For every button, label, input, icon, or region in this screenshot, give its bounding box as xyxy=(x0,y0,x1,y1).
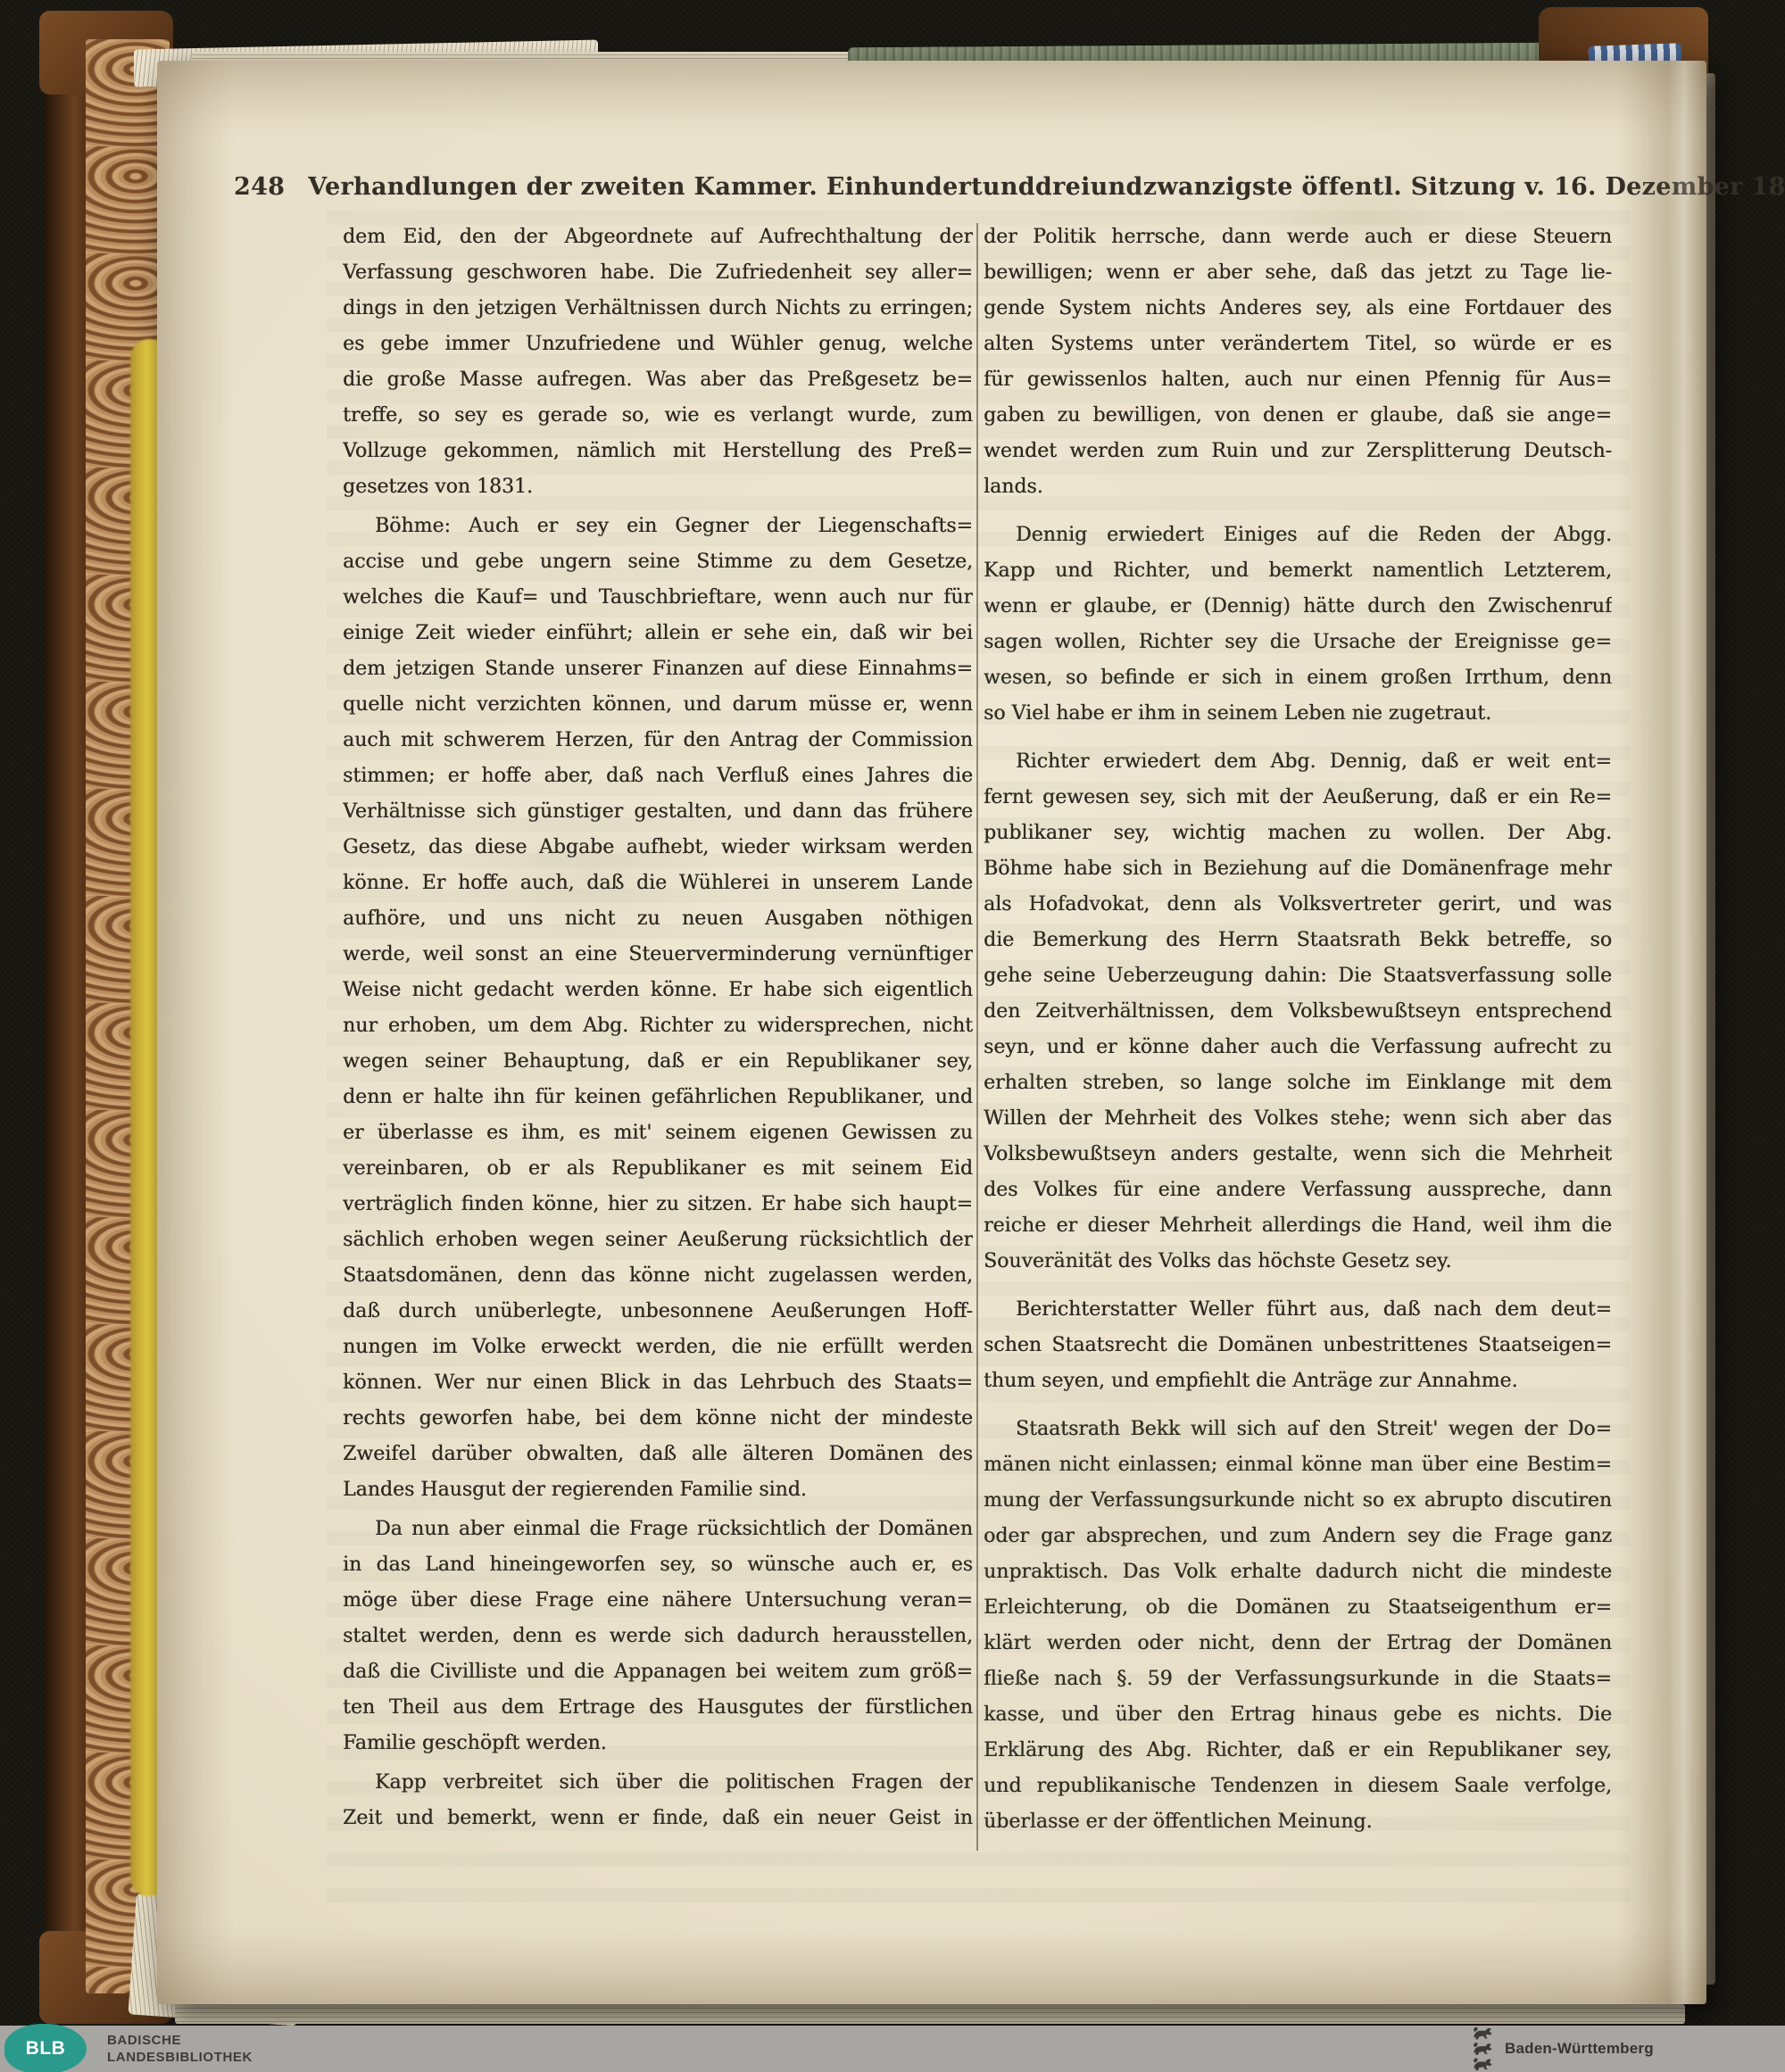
text-line: vereinbaren, ob er als Republikaner es m… xyxy=(343,1151,973,1187)
text-line: quelle nicht verzichten können, und daru… xyxy=(343,687,973,723)
book-page: 248 Verhandlungen der zweiten Kammer. Ei… xyxy=(157,61,1706,2004)
text-line: dings in den jetzigen Verhältnissen durc… xyxy=(343,291,973,327)
text-line: und republikanische Tendenzen in diesem … xyxy=(984,1769,1612,1804)
paragraph-gap xyxy=(984,1280,1612,1292)
text-line: aufhöre, und uns nicht zu neuen Ausgaben… xyxy=(343,901,973,937)
text-line: schen Staatsrecht die Domänen unbestritt… xyxy=(984,1328,1612,1363)
text-line: verträglich finden könne, hier zu sitzen… xyxy=(343,1187,973,1222)
text-line: gaben zu bewilligen, von denen er glaube… xyxy=(984,398,1612,434)
text-line: mänen nicht einlassen; einmal könne man … xyxy=(984,1447,1612,1483)
text-line: die große Masse aufregen. Was aber das P… xyxy=(343,362,973,398)
text-line: einige Zeit wieder einführt; allein er s… xyxy=(343,616,973,651)
page-number: 248 xyxy=(234,173,285,201)
text-line: es gebe immer Unzufriedene und Wühler ge… xyxy=(343,327,973,362)
text-line: den Zeitverhältnissen, dem Volksbewußtse… xyxy=(984,994,1612,1030)
blb-logo-text: BLB xyxy=(26,2038,66,2060)
state-branding: Baden-Württemberg xyxy=(1471,2026,1654,2072)
text-line: dem jetzigen Stande unserer Finanzen auf… xyxy=(343,651,973,687)
page-header: 248 Verhandlungen der zweiten Kammer. Ei… xyxy=(234,173,1785,201)
text-line: könne. Er hoffe auch, daß die Wühlerei i… xyxy=(343,866,973,901)
text-line: sagen wollen, Richter sey die Ursache de… xyxy=(984,625,1612,660)
text-line: kasse, und über den Ertrag hinaus gebe e… xyxy=(984,1697,1612,1733)
text-line: so Viel habe er ihm in seinem Leben nie … xyxy=(984,696,1612,732)
text-line: Böhme: Auch er sey ein Gegner der Liegen… xyxy=(343,509,973,544)
text-line: der Politik herrsche, dann werde auch er… xyxy=(984,220,1612,255)
text-line: daß die Civilliste und die Appanagen bei… xyxy=(343,1654,973,1690)
text-line: alten Systems unter verändertem Titel, s… xyxy=(984,327,1612,362)
text-line: stimmen; er hoffe aber, daß nach Verfluß… xyxy=(343,758,973,794)
text-line: für gewissenlos halten, auch nur einen P… xyxy=(984,362,1612,398)
text-line: wenn er glaube, er (Dennig) hätte durch … xyxy=(984,589,1612,625)
text-line: Volksbewußtseyn anders gestalte, wenn si… xyxy=(984,1137,1612,1173)
paragraph-gap xyxy=(984,505,1612,518)
text-line: Landes Hausgut der regierenden Familie s… xyxy=(343,1472,973,1508)
text-line: sächlich erhoben wegen seiner Aeußerung … xyxy=(343,1222,973,1258)
text-line: oder gar absprechen, und zum Andern sey … xyxy=(984,1519,1612,1554)
text-line: nungen im Volke erweckt werden, die nie … xyxy=(343,1330,973,1365)
scan-stage: 248 Verhandlungen der zweiten Kammer. Ei… xyxy=(0,0,1785,2072)
text-column-left: dem Eid, den der Abgeordnete auf Aufrech… xyxy=(343,220,973,1836)
library-name-line2: LANDESBIBLIOTHEK xyxy=(107,2049,253,2066)
page-curl-shadow xyxy=(1621,61,1706,2004)
text-line: Richter erwiedert dem Abg. Dennig, daß e… xyxy=(984,744,1612,780)
text-line: Willen der Mehrheit des Volkes stehe; we… xyxy=(984,1101,1612,1137)
text-line: Gesetz, das diese Abgabe aufhebt, wieder… xyxy=(343,830,973,866)
text-line: seyn, und er könne daher auch die Verfas… xyxy=(984,1030,1612,1065)
text-line: denn er halte ihn für keinen gefährliche… xyxy=(343,1080,973,1115)
library-name-line1: BADISCHE xyxy=(107,2032,253,2049)
text-line: des Volkes für eine andere Verfassung au… xyxy=(984,1173,1612,1208)
text-line: klärt werden oder nicht, denn der Ertrag… xyxy=(984,1626,1612,1662)
text-line: Zweifel darüber obwalten, daß alle älter… xyxy=(343,1437,973,1472)
text-line: lands. xyxy=(984,469,1612,505)
text-line: fließe nach §. 59 der Verfassungsurkunde… xyxy=(984,1662,1612,1697)
text-line: Dennig erwiedert Einiges auf die Reden d… xyxy=(984,518,1612,553)
text-line: wesen, so befinde er sich in einem große… xyxy=(984,660,1612,696)
text-line: reiche er dieser Mehrheit allerdings die… xyxy=(984,1208,1612,1244)
blb-logo: BLB xyxy=(4,2024,87,2072)
column-divider-rule xyxy=(976,223,978,1851)
text-line: nur erhoben, um dem Abg. Richter zu wide… xyxy=(343,1008,973,1044)
text-line: in das Land hineingeworfen sey, so wünsc… xyxy=(343,1547,973,1583)
text-line: gesetzes von 1831. xyxy=(343,469,973,505)
text-line: er überlasse es ihm, es mit' seinem eige… xyxy=(343,1115,973,1151)
text-line: accise und gebe ungern seine Stimme zu d… xyxy=(343,544,973,580)
text-line: Familie geschöpft werden. xyxy=(343,1726,973,1761)
text-line: ten Theil aus dem Ertrage des Hausgutes … xyxy=(343,1690,973,1726)
text-line: erhalten streben, so lange solche im Ein… xyxy=(984,1065,1612,1101)
library-footer-bar: BLB BADISCHE LANDESBIBLIOTHEK Baden-Würt… xyxy=(0,2026,1785,2072)
text-line: gende System nichts Anderes sey, als ein… xyxy=(984,291,1612,327)
text-line: thum seyen, und empfiehlt die Anträge zu… xyxy=(984,1363,1612,1399)
text-line: Weise nicht gedacht werden könne. Er hab… xyxy=(343,973,973,1008)
text-line: Erklärung des Abg. Richter, daß er ein R… xyxy=(984,1733,1612,1769)
text-line: Erleichterung, ob die Domänen zu Staatse… xyxy=(984,1590,1612,1626)
text-line: Kapp verbreitet sich über die politische… xyxy=(343,1765,973,1801)
text-line: welches die Kauf= und Tauschbrieftare, w… xyxy=(343,580,973,616)
text-line: Staatsdomänen, denn das könne nicht zuge… xyxy=(343,1258,973,1294)
text-line: Zeit und bemerkt, wenn er finde, daß ein… xyxy=(343,1801,973,1836)
text-line: Kapp und Richter, und bemerkt namentlich… xyxy=(984,553,1612,589)
text-line: daß durch unüberlegte, unbesonnene Aeuße… xyxy=(343,1294,973,1330)
text-line: rechts geworfen habe, bei dem könne nich… xyxy=(343,1401,973,1437)
paragraph-gap xyxy=(984,1399,1612,1412)
text-line: publikaner sey, wichtig machen zu wollen… xyxy=(984,816,1612,851)
text-line: staltet werden, denn es werde sich dadur… xyxy=(343,1619,973,1654)
text-line: Berichterstatter Weller führt aus, daß n… xyxy=(984,1292,1612,1328)
text-line: werde, weil sonst an eine Steuerverminde… xyxy=(343,937,973,973)
text-column-right: der Politik herrsche, dann werde auch er… xyxy=(984,220,1612,1840)
text-line: die Bemerkung des Herrn Staatsrath Bekk … xyxy=(984,923,1612,958)
text-line: wegen seiner Behauptung, daß er ein Repu… xyxy=(343,1044,973,1080)
text-line: bewilligen; wenn er aber sehe, daß das j… xyxy=(984,255,1612,291)
text-line: Verfassung geschworen habe. Die Zufriede… xyxy=(343,255,973,291)
text-line: auch mit schwerem Herzen, für den Antrag… xyxy=(343,723,973,758)
text-line: Verhältnisse sich günstiger gestalten, u… xyxy=(343,794,973,830)
text-line: mung der Verfassungsurkunde nicht so ex … xyxy=(984,1483,1612,1519)
text-line: können. Wer nur einen Blick in das Lehrb… xyxy=(343,1365,973,1401)
page-title: Verhandlungen der zweiten Kammer. Einhun… xyxy=(308,173,1785,201)
text-line: Da nun aber einmal die Frage rücksichtli… xyxy=(343,1512,973,1547)
text-line: Staatsrath Bekk will sich auf den Streit… xyxy=(984,1412,1612,1447)
text-line: fernt gewesen sey, sich mit der Aeußerun… xyxy=(984,780,1612,816)
text-line: als Hofadvokat, denn als Volksvertreter … xyxy=(984,887,1612,923)
text-line: unpraktisch. Das Volk erhalte dadurch ni… xyxy=(984,1554,1612,1590)
text-line: möge über diese Frage eine nähere Unters… xyxy=(343,1583,973,1619)
page-stack-bottom-edge xyxy=(175,2004,1685,2024)
library-name: BADISCHE LANDESBIBLIOTHEK xyxy=(107,2032,253,2066)
text-line: Souveränität des Volks das höchste Geset… xyxy=(984,1244,1612,1280)
paragraph-gap xyxy=(984,732,1612,744)
text-line: Vollzuge gekommen, nämlich mit Herstellu… xyxy=(343,434,973,469)
text-line: treffe, so sey es gerade so, wie es verl… xyxy=(343,398,973,434)
text-line: dem Eid, den der Abgeordnete auf Aufrech… xyxy=(343,220,973,255)
state-name: Baden-Württemberg xyxy=(1505,2040,1654,2058)
text-line: überlasse er der öffentlichen Meinung. xyxy=(984,1804,1612,1840)
three-lions-icon xyxy=(1471,2026,1494,2072)
text-line: Böhme habe sich in Beziehung auf die Dom… xyxy=(984,851,1612,887)
text-line: gehe seine Ueberzeugung dahin: Die Staat… xyxy=(984,958,1612,994)
text-line: wendet werden zum Ruin und zur Zersplitt… xyxy=(984,434,1612,469)
